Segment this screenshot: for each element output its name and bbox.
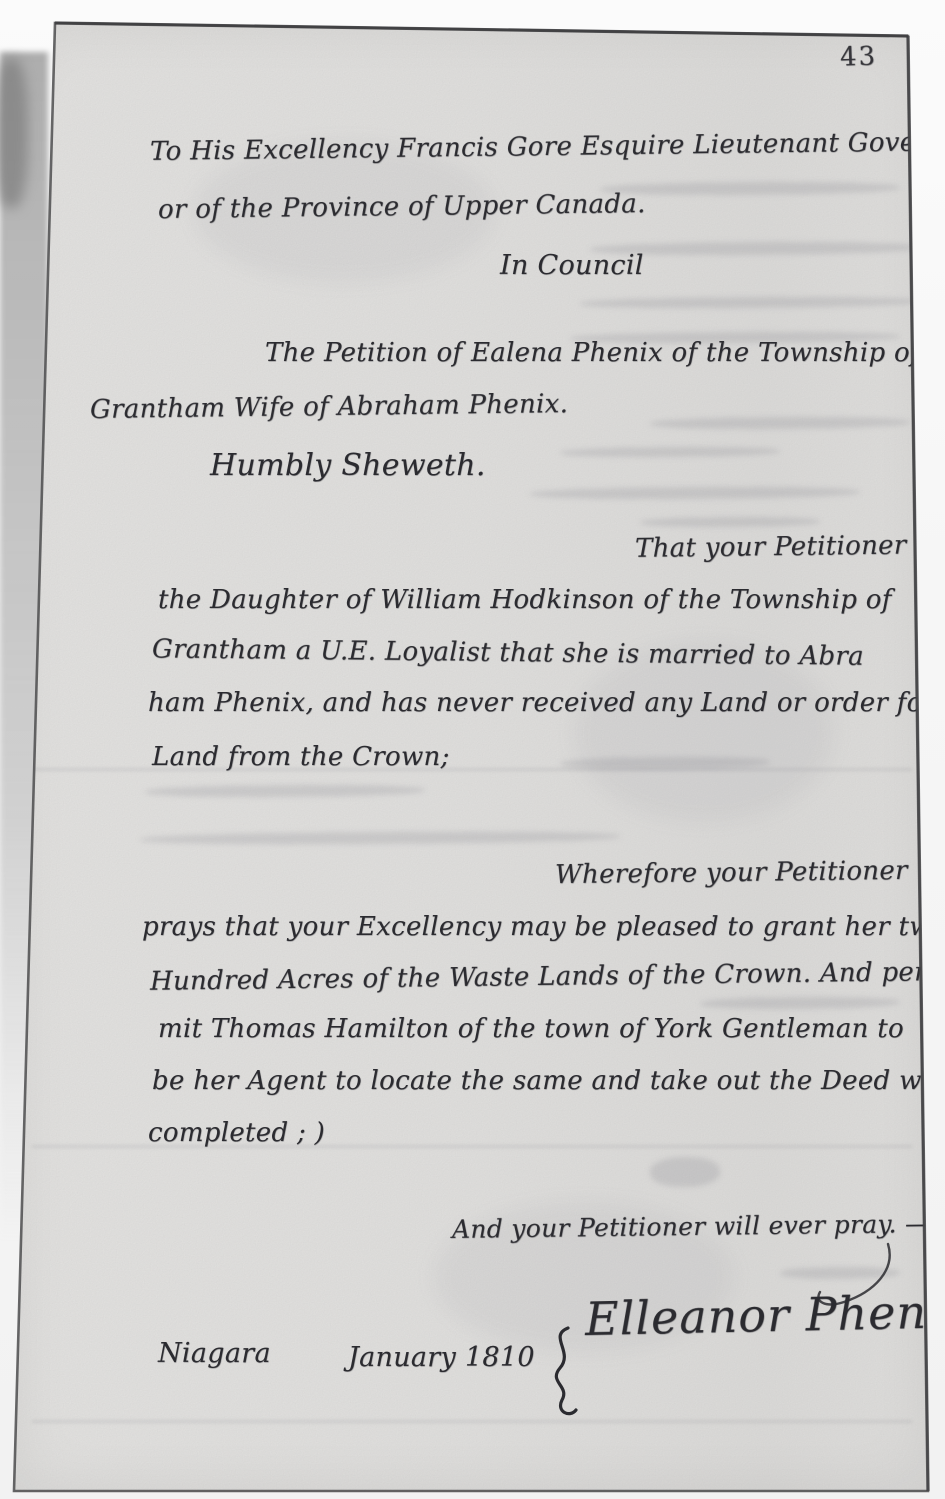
bleedthrough-mark [650, 1157, 720, 1187]
manuscript-page: 43 To His Excellency Francis Gore Esquir… [14, 22, 930, 1492]
place-name: Niagara [158, 1338, 271, 1369]
petition-intro-line-2: Grantham Wife of Abraham Phenix. [90, 389, 569, 425]
bleedthrough-mark [530, 486, 860, 500]
page-number: 43 [839, 41, 877, 72]
body2-line-4: mit Thomas Hamilton of the town of York … [158, 1014, 904, 1044]
salutation-line-1: To His Excellency Francis Gore Esquire L… [150, 127, 945, 167]
signature: Elleanor Phenix [584, 1284, 945, 1346]
bleedthrough-mark [700, 996, 900, 1009]
bleedthrough-mark [140, 830, 620, 845]
gutter-shadow-blob [0, 58, 28, 208]
in-council-heading: In Council [500, 250, 644, 281]
body2-line-3: Hundred Acres of the Waste Lands of the … [150, 957, 927, 996]
humbly-sheweth: Humbly Sheweth. [210, 448, 486, 483]
body1-line-1: That your Petitioner is [635, 530, 938, 564]
body2-line-1: Wherefore your Petitioner [555, 856, 908, 890]
body2-line-2: prays that your Excellency may be please… [142, 912, 945, 942]
body1-line-3: Grantham a U.E. Loyalist that she is mar… [152, 634, 864, 671]
bleedthrough-mark [580, 296, 920, 309]
paper-crease [32, 1420, 911, 1423]
bleedthrough-mark [650, 416, 910, 430]
body2-line-6: completed ; ) [148, 1118, 325, 1148]
bleedthrough-mark [640, 516, 820, 527]
bleedthrough-mark [560, 446, 780, 458]
date-line: January 1810 [348, 1342, 535, 1373]
closing-line: And your Petitioner will ever pray. — [452, 1209, 931, 1244]
bleedthrough-mark [780, 1267, 900, 1280]
salutation-line-2: or of the Province of Upper Canada. [158, 189, 646, 225]
body2-line-5: be her Agent to locate the same and take… [152, 1066, 945, 1096]
body1-line-2: the Daughter of William Hodkinson of the… [158, 585, 892, 615]
body1-line-4: ham Phenix, and has never received any L… [148, 688, 935, 718]
scanned-document-background: 43 To His Excellency Francis Gore Esquir… [0, 0, 945, 1499]
body1-line-5: Land from the Crown; [152, 742, 450, 772]
bleedthrough-mark [145, 784, 425, 798]
petition-intro-line-1: The Petition of Ealena Phenix of the Tow… [265, 338, 920, 368]
